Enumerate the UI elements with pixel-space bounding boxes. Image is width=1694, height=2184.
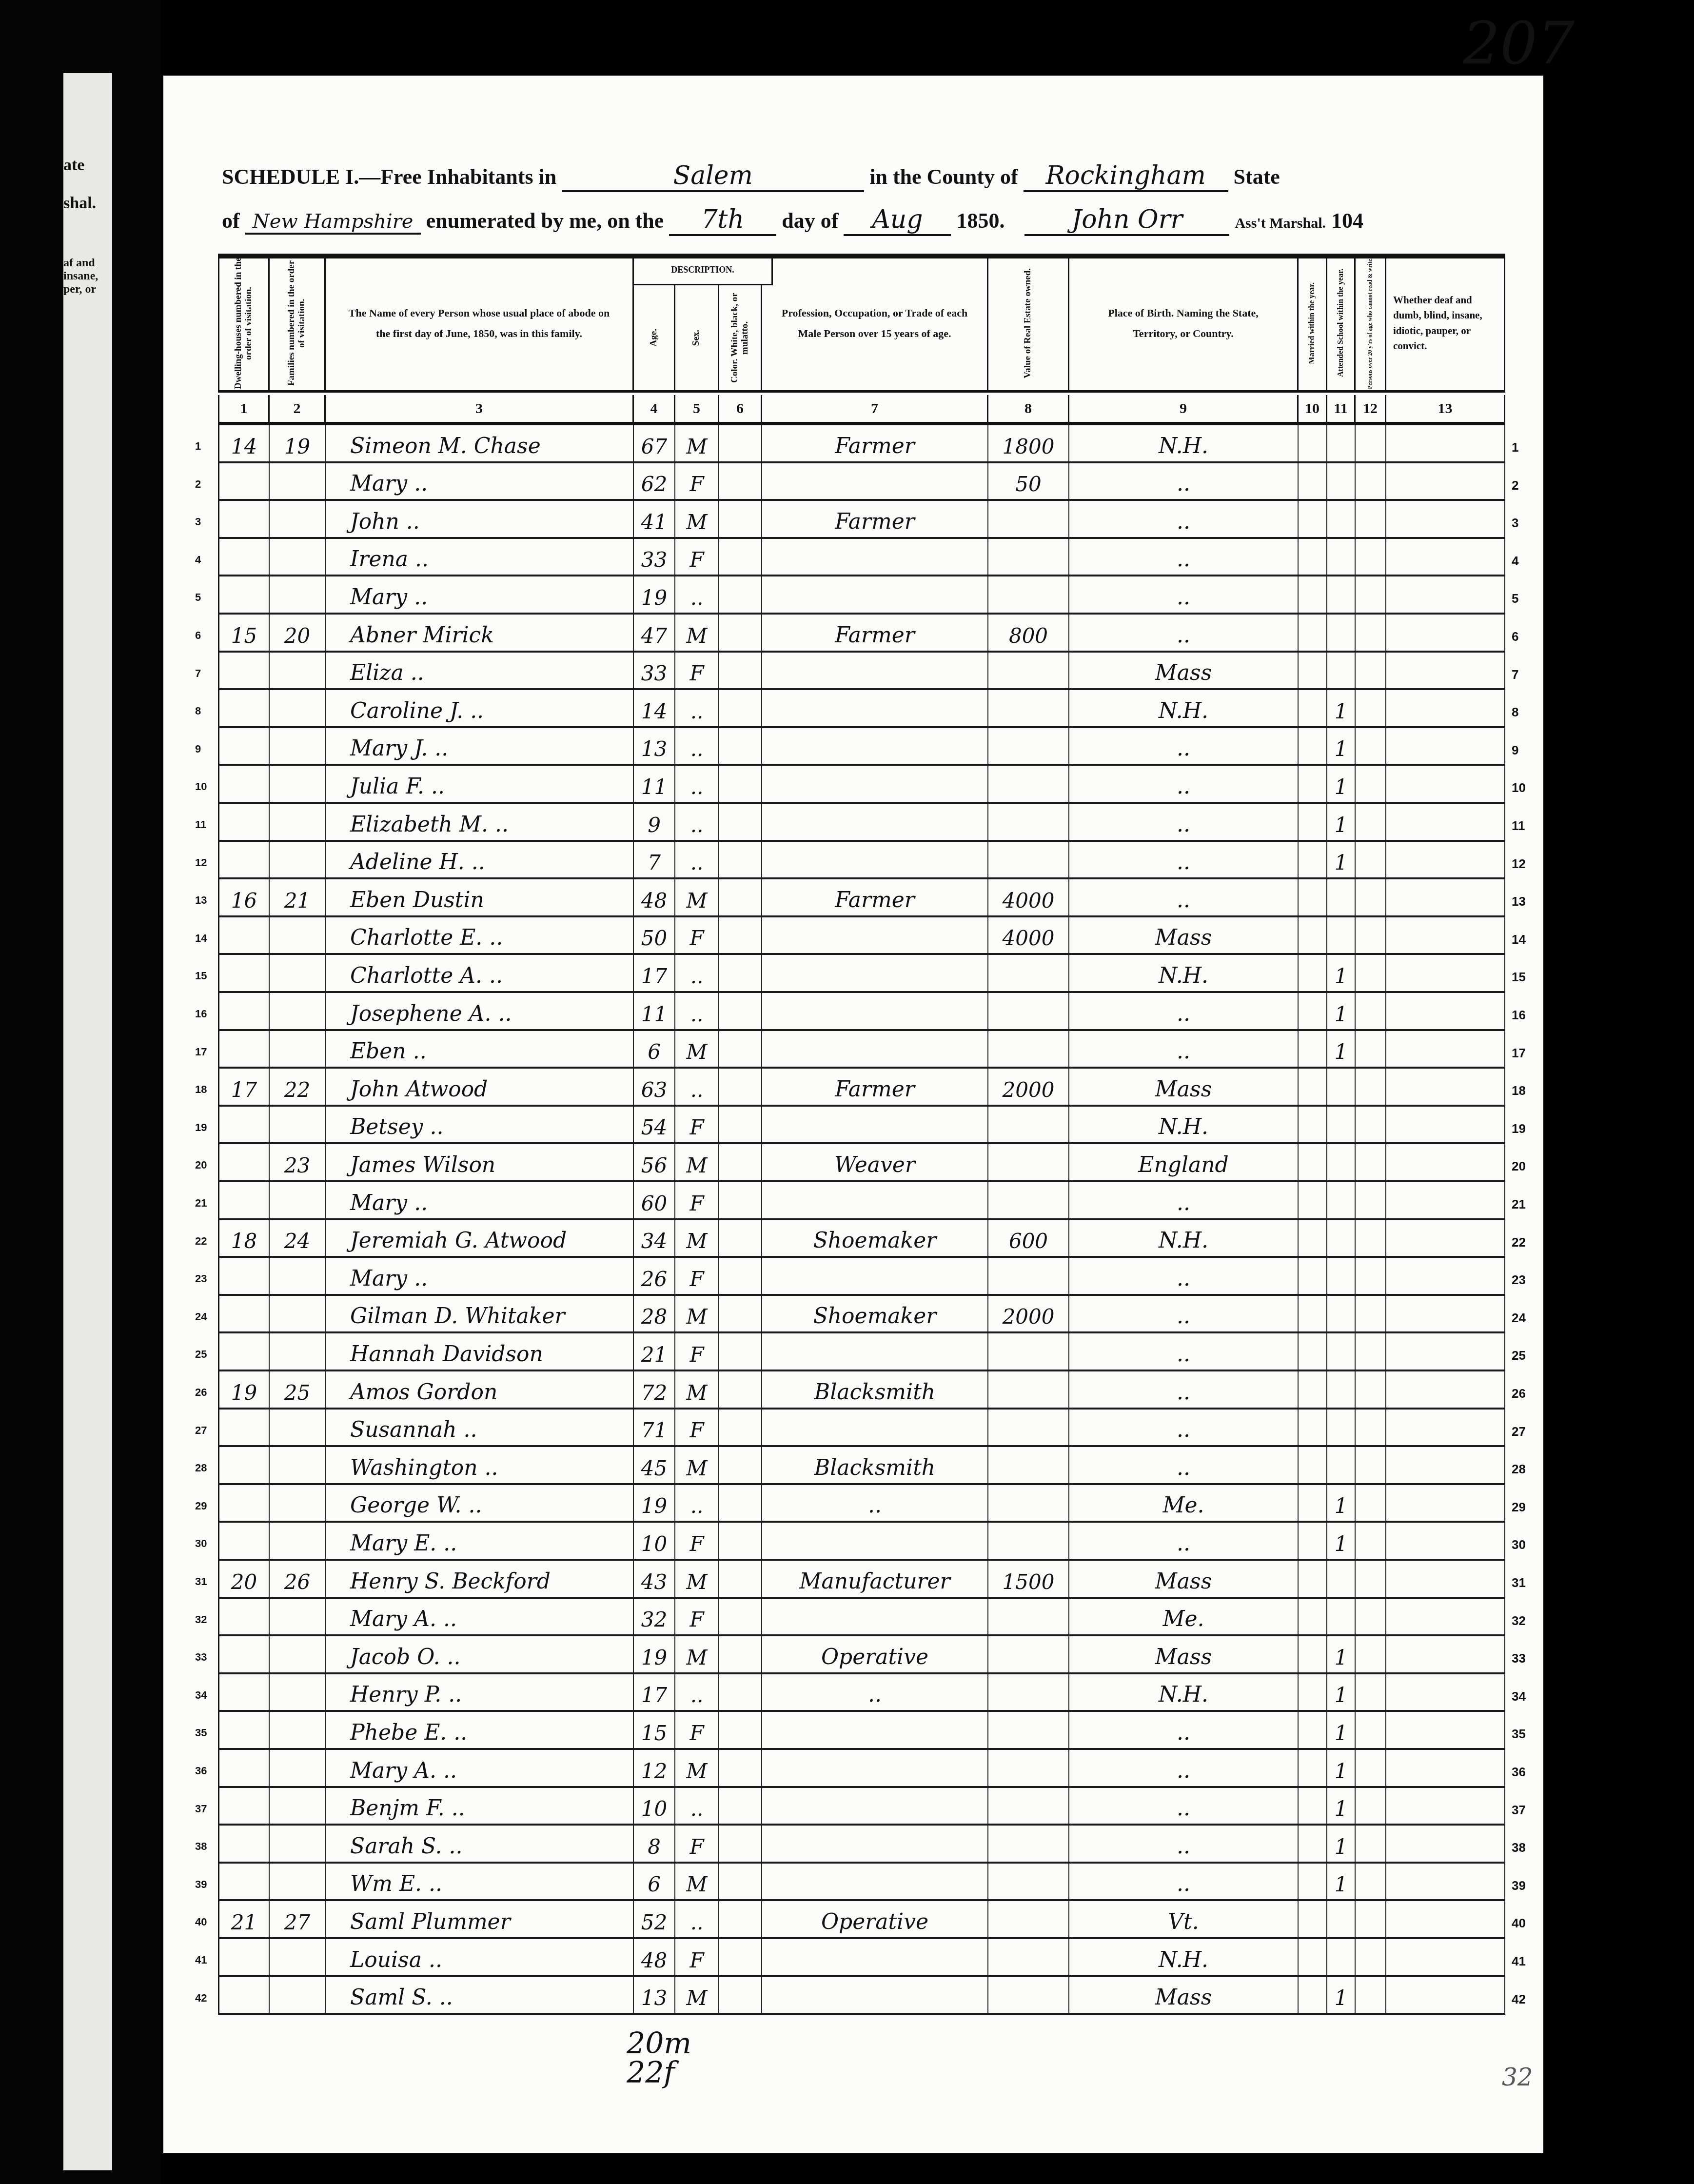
- line-number-left: 17: [195, 1046, 207, 1058]
- illiterate-cell: [1356, 1977, 1386, 2013]
- birthplace-cell: ..: [1069, 766, 1299, 802]
- line-number-left: 13: [195, 894, 207, 907]
- line-number-left: 16: [195, 1008, 207, 1020]
- family-number-cell: 25: [270, 1371, 326, 1408]
- married-cell: [1299, 1977, 1327, 2013]
- person-name-cell: Phebe E. ..: [326, 1712, 634, 1748]
- condition-cell: [1386, 879, 1505, 915]
- school-cell: [1327, 425, 1356, 461]
- column-header-family: Families numbered in the order of visita…: [270, 256, 326, 390]
- line-number-left: 26: [195, 1386, 207, 1399]
- occupation-cell: Farmer: [762, 425, 988, 461]
- person-name-cell: Mary E. ..: [326, 1523, 634, 1559]
- sex-cell: F: [675, 1939, 719, 1975]
- dwelling-number-cell: [218, 690, 270, 726]
- illiterate-cell: [1356, 1523, 1386, 1559]
- birthplace-cell: ..: [1069, 1750, 1299, 1786]
- condition-cell: [1386, 1674, 1505, 1710]
- color-cell: [719, 615, 762, 651]
- line-number-left: 6: [195, 629, 201, 642]
- real-estate-cell: [988, 1826, 1069, 1862]
- real-estate-cell: [988, 1712, 1069, 1748]
- stub-line: shal.: [63, 194, 98, 213]
- dwelling-number-cell: [218, 955, 270, 991]
- person-name-cell: George W. ..: [326, 1485, 634, 1521]
- school-cell: [1327, 463, 1356, 499]
- dwelling-number-cell: [218, 766, 270, 802]
- table-row: Mary ..26F..: [218, 1258, 1505, 1296]
- dwelling-number-cell: [218, 1750, 270, 1786]
- line-number-left: 8: [195, 705, 201, 717]
- age-cell: 41: [634, 501, 675, 537]
- color-cell: [719, 1599, 762, 1635]
- line-number-left: 18: [195, 1083, 207, 1096]
- color-cell: [719, 1220, 762, 1256]
- age-cell: 10: [634, 1523, 675, 1559]
- sex-cell: M: [675, 879, 719, 915]
- column-number: 13: [1386, 395, 1505, 422]
- dwelling-number-cell: [218, 1939, 270, 1975]
- family-number-cell: 26: [270, 1561, 326, 1597]
- birthplace-cell: ..: [1069, 539, 1299, 575]
- sex-cell: ..: [675, 1788, 719, 1824]
- illiterate-cell: [1356, 1182, 1386, 1218]
- line-number-right: 20: [1512, 1159, 1526, 1174]
- school-cell: 1: [1327, 1031, 1356, 1067]
- birthplace-cell: Mass: [1069, 1069, 1299, 1105]
- line-number-right: 2: [1512, 478, 1518, 493]
- age-cell: 62: [634, 463, 675, 499]
- family-number-cell: [270, 1750, 326, 1786]
- age-cell: 9: [634, 804, 675, 840]
- age-cell: 34: [634, 1220, 675, 1256]
- marshal-label: Ass't Marshal.: [1235, 215, 1326, 231]
- occupation-cell: [762, 1826, 988, 1862]
- line-number-right: 22: [1512, 1235, 1526, 1250]
- dwelling-number-cell: [218, 653, 270, 689]
- stub-line: insane,: [63, 270, 98, 283]
- school-cell: [1327, 539, 1356, 575]
- sex-cell: M: [675, 1031, 719, 1067]
- line-number-right: 9: [1512, 743, 1518, 758]
- line-number-right: 24: [1512, 1310, 1526, 1326]
- stub-line: af and: [63, 257, 98, 270]
- line-number-left: 31: [195, 1575, 207, 1588]
- age-cell: 7: [634, 842, 675, 878]
- family-number-cell: [270, 842, 326, 878]
- school-cell: 1: [1327, 1712, 1356, 1748]
- condition-cell: [1386, 1599, 1505, 1635]
- birthplace-cell: ..: [1069, 463, 1299, 499]
- line-number-right: 28: [1512, 1462, 1526, 1477]
- family-number-cell: [270, 1107, 326, 1143]
- birthplace-cell: N.H.: [1069, 425, 1299, 461]
- line-number-left: 33: [195, 1651, 207, 1664]
- family-number-cell: [270, 766, 326, 802]
- table-row: Elizabeth M. ..9....1: [218, 804, 1505, 842]
- birthplace-cell: ..: [1069, 1296, 1299, 1332]
- condition-cell: [1386, 842, 1505, 878]
- line-number-right: 42: [1512, 1992, 1526, 2007]
- dwelling-number-cell: [218, 842, 270, 878]
- school-cell: [1327, 1333, 1356, 1370]
- real-estate-cell: 1800: [988, 425, 1069, 461]
- family-number-cell: [270, 1447, 326, 1483]
- illiterate-cell: [1356, 1144, 1386, 1180]
- birthplace-cell: N.H.: [1069, 1220, 1299, 1256]
- table-row: Phebe E. ..15F..1: [218, 1712, 1505, 1750]
- real-estate-cell: [988, 1182, 1069, 1218]
- column-number: 3: [326, 395, 634, 422]
- age-cell: 15: [634, 1712, 675, 1748]
- line-number-right: 29: [1512, 1500, 1526, 1515]
- table-row: Susannah ..71F..: [218, 1410, 1505, 1448]
- school-cell: [1327, 879, 1356, 915]
- real-estate-cell: [988, 501, 1069, 537]
- married-cell: [1299, 1144, 1327, 1180]
- color-cell: [719, 1333, 762, 1370]
- table-row: Wm E. ..6M..1: [218, 1864, 1505, 1902]
- table-row: 2127Saml Plummer52..OperativeVt.: [218, 1901, 1505, 1939]
- column-number: 5: [675, 395, 719, 422]
- person-name-cell: Mary ..: [326, 1258, 634, 1294]
- birthplace-cell: ..: [1069, 1371, 1299, 1408]
- real-estate-cell: [988, 728, 1069, 764]
- married-cell: [1299, 1107, 1327, 1143]
- color-cell: [719, 1864, 762, 1900]
- real-estate-cell: [988, 1485, 1069, 1521]
- condition-cell: [1386, 1144, 1505, 1180]
- married-cell: [1299, 1712, 1327, 1748]
- column-header-real-estate: Value of Real Estate owned.: [988, 256, 1069, 390]
- real-estate-cell: 2000: [988, 1296, 1069, 1332]
- age-cell: 43: [634, 1561, 675, 1597]
- age-cell: 17: [634, 1674, 675, 1710]
- color-cell: [719, 1031, 762, 1067]
- condition-cell: [1386, 1485, 1505, 1521]
- line-number-left: 38: [195, 1840, 207, 1853]
- married-cell: [1299, 463, 1327, 499]
- birthplace-cell: ..: [1069, 993, 1299, 1029]
- adjacent-page-strip: ate shal. af and insane, per, or: [0, 0, 161, 2184]
- family-number-cell: 24: [270, 1220, 326, 1256]
- real-estate-cell: [988, 1939, 1069, 1975]
- line-number-left: 25: [195, 1348, 207, 1361]
- person-name-cell: John Atwood: [326, 1069, 634, 1105]
- line-number-left: 32: [195, 1613, 207, 1626]
- column-number: 1: [218, 395, 270, 422]
- dwelling-number-cell: [218, 1712, 270, 1748]
- table-row: Charlotte E. ..50F4000Mass: [218, 917, 1505, 955]
- column-number: 4: [634, 395, 675, 422]
- table-row: Benjm F. ..10....1: [218, 1788, 1505, 1826]
- line-number-right: 25: [1512, 1348, 1526, 1363]
- real-estate-cell: [988, 1410, 1069, 1446]
- page-tally: 20m 22f: [627, 2029, 691, 2087]
- family-number-cell: [270, 1977, 326, 2013]
- tally-females: 22f: [627, 2058, 691, 2087]
- person-name-cell: Gilman D. Whitaker: [326, 1296, 634, 1332]
- illiterate-cell: [1356, 1485, 1386, 1521]
- school-cell: 1: [1327, 690, 1356, 726]
- age-cell: 17: [634, 955, 675, 991]
- sex-cell: M: [675, 1561, 719, 1597]
- real-estate-cell: [988, 1599, 1069, 1635]
- person-name-cell: Henry S. Beckford: [326, 1561, 634, 1597]
- description-group-header: DESCRIPTION.: [634, 256, 773, 285]
- birthplace-cell: N.H.: [1069, 1674, 1299, 1710]
- age-cell: 48: [634, 879, 675, 915]
- color-cell: [719, 1069, 762, 1105]
- occupation-cell: [762, 1712, 988, 1748]
- married-cell: [1299, 993, 1327, 1029]
- person-name-cell: Susannah ..: [326, 1410, 634, 1446]
- birthplace-cell: Vt.: [1069, 1901, 1299, 1937]
- school-cell: 1: [1327, 766, 1356, 802]
- color-cell: [719, 1371, 762, 1408]
- illiterate-cell: [1356, 1069, 1386, 1105]
- married-cell: [1299, 425, 1327, 461]
- sex-cell: ..: [675, 993, 719, 1029]
- age-cell: 26: [634, 1258, 675, 1294]
- occupation-cell: [762, 917, 988, 953]
- person-name-cell: Washington ..: [326, 1447, 634, 1483]
- tally-males: 20m: [627, 2029, 691, 2058]
- occupation-cell: Blacksmith: [762, 1371, 988, 1408]
- family-number-cell: [270, 1182, 326, 1218]
- condition-cell: [1386, 1447, 1505, 1483]
- family-number-cell: [270, 1864, 326, 1900]
- line-number-right: 31: [1512, 1575, 1526, 1590]
- married-cell: [1299, 690, 1327, 726]
- line-number-left: 27: [195, 1424, 207, 1437]
- color-cell: [719, 766, 762, 802]
- age-cell: 33: [634, 653, 675, 689]
- person-name-cell: Sarah S. ..: [326, 1826, 634, 1862]
- line-number-left: 1: [195, 440, 201, 453]
- occupation-cell: [762, 1977, 988, 2013]
- occupation-cell: [762, 766, 988, 802]
- age-cell: 52: [634, 1901, 675, 1937]
- line-number-right: 37: [1512, 1803, 1526, 1818]
- sex-cell: M: [675, 1636, 719, 1672]
- sex-cell: M: [675, 1750, 719, 1786]
- person-name-cell: Louisa ..: [326, 1939, 634, 1975]
- family-number-cell: [270, 1333, 326, 1370]
- age-cell: 28: [634, 1296, 675, 1332]
- illiterate-cell: [1356, 501, 1386, 537]
- condition-cell: [1386, 1107, 1505, 1143]
- color-cell: [719, 463, 762, 499]
- illiterate-cell: [1356, 1561, 1386, 1597]
- color-cell: [719, 1788, 762, 1824]
- occupation-cell: ..: [762, 1674, 988, 1710]
- line-number-left: 40: [195, 1916, 207, 1928]
- column-header-age: Age.: [634, 285, 675, 390]
- line-number-right: 21: [1512, 1197, 1526, 1212]
- line-number-left: 5: [195, 591, 201, 604]
- age-cell: 8: [634, 1826, 675, 1862]
- line-number-left: 3: [195, 516, 201, 528]
- condition-cell: [1386, 1031, 1505, 1067]
- header-line-2: of New Hampshire enumerated by me, on th…: [222, 205, 1363, 236]
- real-estate-cell: 2000: [988, 1069, 1069, 1105]
- line-number-left: 11: [195, 818, 206, 831]
- condition-cell: [1386, 766, 1505, 802]
- color-cell: [719, 576, 762, 613]
- family-number-cell: [270, 1258, 326, 1294]
- day-field: 7th: [669, 205, 776, 236]
- line-number-left: 36: [195, 1765, 207, 1777]
- occupation-cell: Farmer: [762, 1069, 988, 1105]
- real-estate-cell: [988, 1636, 1069, 1672]
- sex-cell: M: [675, 1220, 719, 1256]
- occupation-cell: [762, 1864, 988, 1900]
- illiterate-cell: [1356, 425, 1386, 461]
- occupation-cell: [762, 1333, 988, 1370]
- color-cell: [719, 1939, 762, 1975]
- married-cell: [1299, 1901, 1327, 1937]
- color-cell: [719, 728, 762, 764]
- age-cell: 13: [634, 728, 675, 764]
- occupation-cell: [762, 463, 988, 499]
- stub-line: ate: [63, 156, 98, 175]
- line-number-left: 15: [195, 970, 207, 982]
- person-name-cell: Josephene A. ..: [326, 993, 634, 1029]
- school-cell: [1327, 615, 1356, 651]
- table-row: Hannah Davidson21F..: [218, 1333, 1505, 1371]
- birthplace-cell: N.H.: [1069, 1107, 1299, 1143]
- color-cell: [719, 993, 762, 1029]
- school-cell: [1327, 1939, 1356, 1975]
- married-cell: [1299, 1447, 1327, 1483]
- married-cell: [1299, 1788, 1327, 1824]
- dwelling-number-cell: 20: [218, 1561, 270, 1597]
- married-cell: [1299, 1674, 1327, 1710]
- school-cell: [1327, 1182, 1356, 1218]
- column-number: 9: [1069, 395, 1299, 422]
- day-of-label: day of: [782, 209, 838, 233]
- line-number-left: 41: [195, 1954, 207, 1966]
- sex-cell: ..: [675, 1674, 719, 1710]
- real-estate-cell: [988, 690, 1069, 726]
- condition-cell: [1386, 1296, 1505, 1332]
- occupation-cell: Weaver: [762, 1144, 988, 1180]
- illiterate-cell: [1356, 1599, 1386, 1635]
- condition-cell: [1386, 576, 1505, 613]
- married-cell: [1299, 917, 1327, 953]
- color-cell: [719, 539, 762, 575]
- form-number: 104: [1331, 209, 1363, 233]
- birthplace-cell: ..: [1069, 1864, 1299, 1900]
- family-number-cell: [270, 1674, 326, 1710]
- dwelling-number-cell: [218, 1636, 270, 1672]
- line-number-right: 12: [1512, 856, 1526, 872]
- dwelling-number-cell: [218, 1447, 270, 1483]
- sex-cell: F: [675, 917, 719, 953]
- birthplace-cell: ..: [1069, 728, 1299, 764]
- school-cell: 1: [1327, 1864, 1356, 1900]
- person-name-cell: Henry P. ..: [326, 1674, 634, 1710]
- table-row: Mary ..60F..: [218, 1182, 1505, 1220]
- illiterate-cell: [1356, 1107, 1386, 1143]
- dwelling-number-cell: [218, 728, 270, 764]
- line-number-left: 22: [195, 1235, 207, 1248]
- person-name-cell: Jacob O. ..: [326, 1636, 634, 1672]
- birthplace-cell: ..: [1069, 576, 1299, 613]
- column-header-occupation: Profession, Occupation, or Trade of each…: [762, 256, 988, 390]
- line-number-right: 33: [1512, 1651, 1526, 1666]
- real-estate-cell: 50: [988, 463, 1069, 499]
- married-cell: [1299, 1220, 1327, 1256]
- family-number-cell: [270, 1599, 326, 1635]
- family-number-cell: [270, 501, 326, 537]
- color-cell: [719, 1258, 762, 1294]
- line-number-right: 15: [1512, 970, 1526, 985]
- condition-cell: [1386, 1371, 1505, 1408]
- occupation-cell: Farmer: [762, 615, 988, 651]
- line-number-right: 41: [1512, 1954, 1526, 1969]
- table-row: 1824Jeremiah G. Atwood34MShoemaker600N.H…: [218, 1220, 1505, 1258]
- family-number-cell: [270, 1410, 326, 1446]
- dwelling-number-cell: [218, 463, 270, 499]
- column-header-sex: Sex.: [675, 285, 719, 390]
- married-cell: [1299, 576, 1327, 613]
- real-estate-cell: [988, 1750, 1069, 1786]
- person-name-cell: Julia F. ..: [326, 766, 634, 802]
- schedule-label: SCHEDULE I.—Free Inhabitants in: [222, 165, 556, 189]
- person-name-cell: Mary ..: [326, 463, 634, 499]
- family-number-cell: [270, 1485, 326, 1521]
- occupation-cell: [762, 1750, 988, 1786]
- person-name-cell: Saml S. ..: [326, 1977, 634, 2013]
- line-number-right: 27: [1512, 1424, 1526, 1439]
- line-number-right: 7: [1512, 667, 1518, 682]
- condition-cell: [1386, 1636, 1505, 1672]
- table-row: Adeline H. ..7....1: [218, 842, 1505, 880]
- birthplace-cell: ..: [1069, 501, 1299, 537]
- condition-cell: [1386, 615, 1505, 651]
- sex-cell: F: [675, 1410, 719, 1446]
- birthplace-cell: Mass: [1069, 1977, 1299, 2013]
- school-cell: [1327, 1069, 1356, 1105]
- table-row: Saml S. ..13MMass1: [218, 1977, 1505, 2015]
- person-name-cell: Caroline J. ..: [326, 690, 634, 726]
- age-cell: 13: [634, 1977, 675, 2013]
- county-field: Rockingham: [1024, 161, 1228, 192]
- age-cell: 12: [634, 1750, 675, 1786]
- dwelling-number-cell: [218, 1788, 270, 1824]
- color-cell: [719, 1712, 762, 1748]
- school-cell: 1: [1327, 955, 1356, 991]
- color-cell: [719, 1485, 762, 1521]
- color-cell: [719, 1636, 762, 1672]
- of-label: of: [222, 209, 240, 233]
- condition-cell: [1386, 1977, 1505, 2013]
- family-number-cell: 21: [270, 879, 326, 915]
- real-estate-cell: [988, 1258, 1069, 1294]
- occupation-cell: [762, 1258, 988, 1294]
- age-cell: 32: [634, 1599, 675, 1635]
- dwelling-number-cell: 17: [218, 1069, 270, 1105]
- sex-cell: ..: [675, 576, 719, 613]
- column-number: 10: [1299, 395, 1327, 422]
- birthplace-cell: Mass: [1069, 1561, 1299, 1597]
- family-number-cell: [270, 690, 326, 726]
- column-header-married: Married within the year.: [1299, 256, 1327, 390]
- person-name-cell: Adeline H. ..: [326, 842, 634, 878]
- column-header-birthplace: Place of Birth. Naming the State, Territ…: [1069, 256, 1299, 390]
